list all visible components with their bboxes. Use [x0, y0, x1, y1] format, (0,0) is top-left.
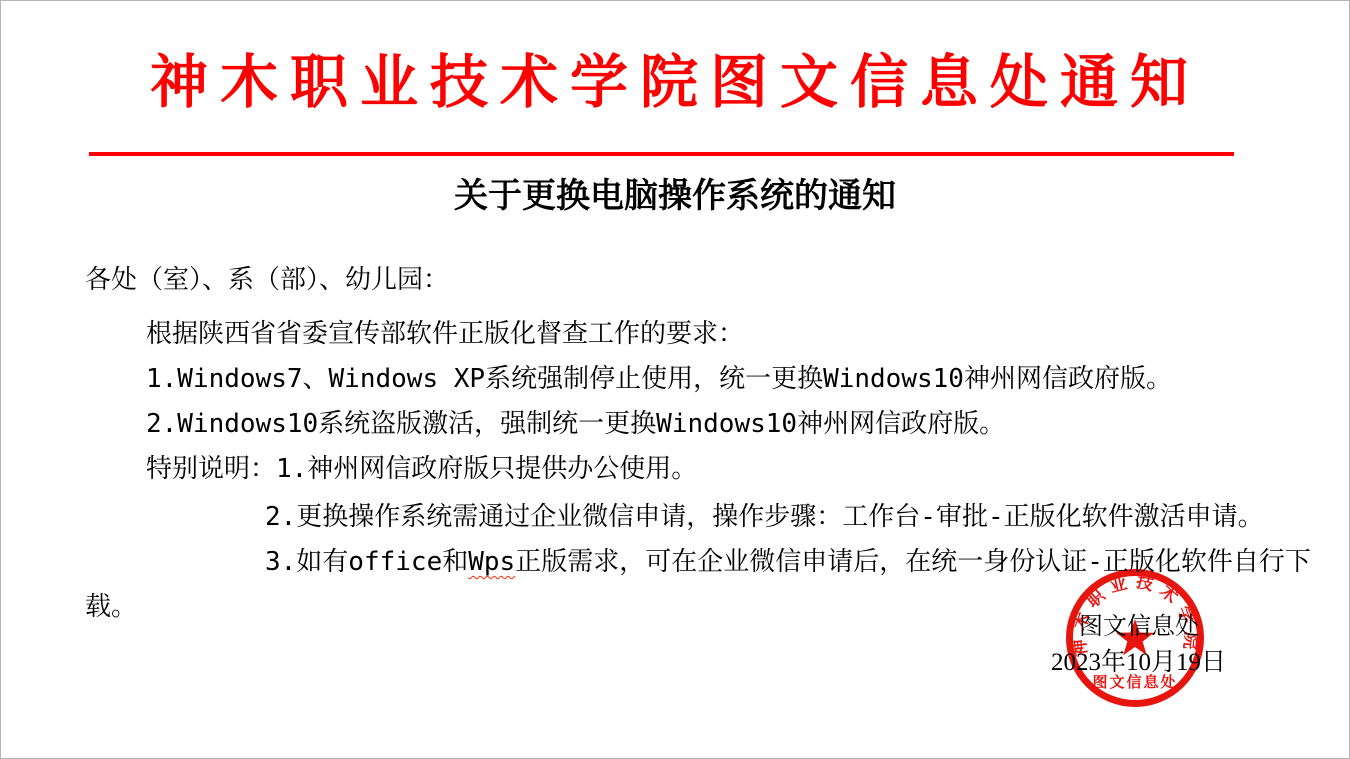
notice-document-page: 神木职业技术学院图文信息处通知 关于更换电脑操作系统的通知 各处（室）、系（部）… [0, 0, 1350, 759]
paragraph-note3: 3.如有office和Wps正版需求，可在企业微信申请后，在统一身份认证-正版化… [265, 545, 1311, 579]
paragraph-note3-wrap: 载。 [85, 590, 137, 624]
note3-misspelled-word: Wps [468, 547, 515, 577]
paragraph-note-head: 特别说明：1.神州网信政府版只提供办公使用。 [146, 452, 697, 486]
signature-date: 2023年10月19日 [1051, 642, 1226, 678]
document-subtitle: 关于更换电脑操作系统的通知 [1, 168, 1349, 217]
paragraph-item2: 2.Windows10系统盗版激活，强制统一更换Windows10神州网信政府版… [146, 407, 1005, 441]
paragraph-item1: 1.Windows7、Windows XP系统强制停止使用，统一更换Window… [146, 362, 1172, 396]
paragraph-basis: 根据陕西省省委宣传部软件正版化督查工作的要求： [146, 317, 744, 351]
note3-text-post: 正版需求，可在企业微信申请后，在统一身份认证-正版化软件自行下 [515, 547, 1311, 577]
document-title: 神木职业技术学院图文信息处通知 [1, 35, 1349, 119]
salutation-line: 各处（室）、系（部）、幼儿园： [85, 263, 449, 297]
signature-department: 图文信息处 [1079, 606, 1199, 641]
paragraph-note2: 2.更换操作系统需通过企业微信申请，操作步骤：工作台-审批-正版化软件激活申请。 [265, 500, 1264, 534]
title-divider-rule [89, 152, 1234, 156]
note3-text-pre: 3.如有office和 [265, 547, 468, 577]
